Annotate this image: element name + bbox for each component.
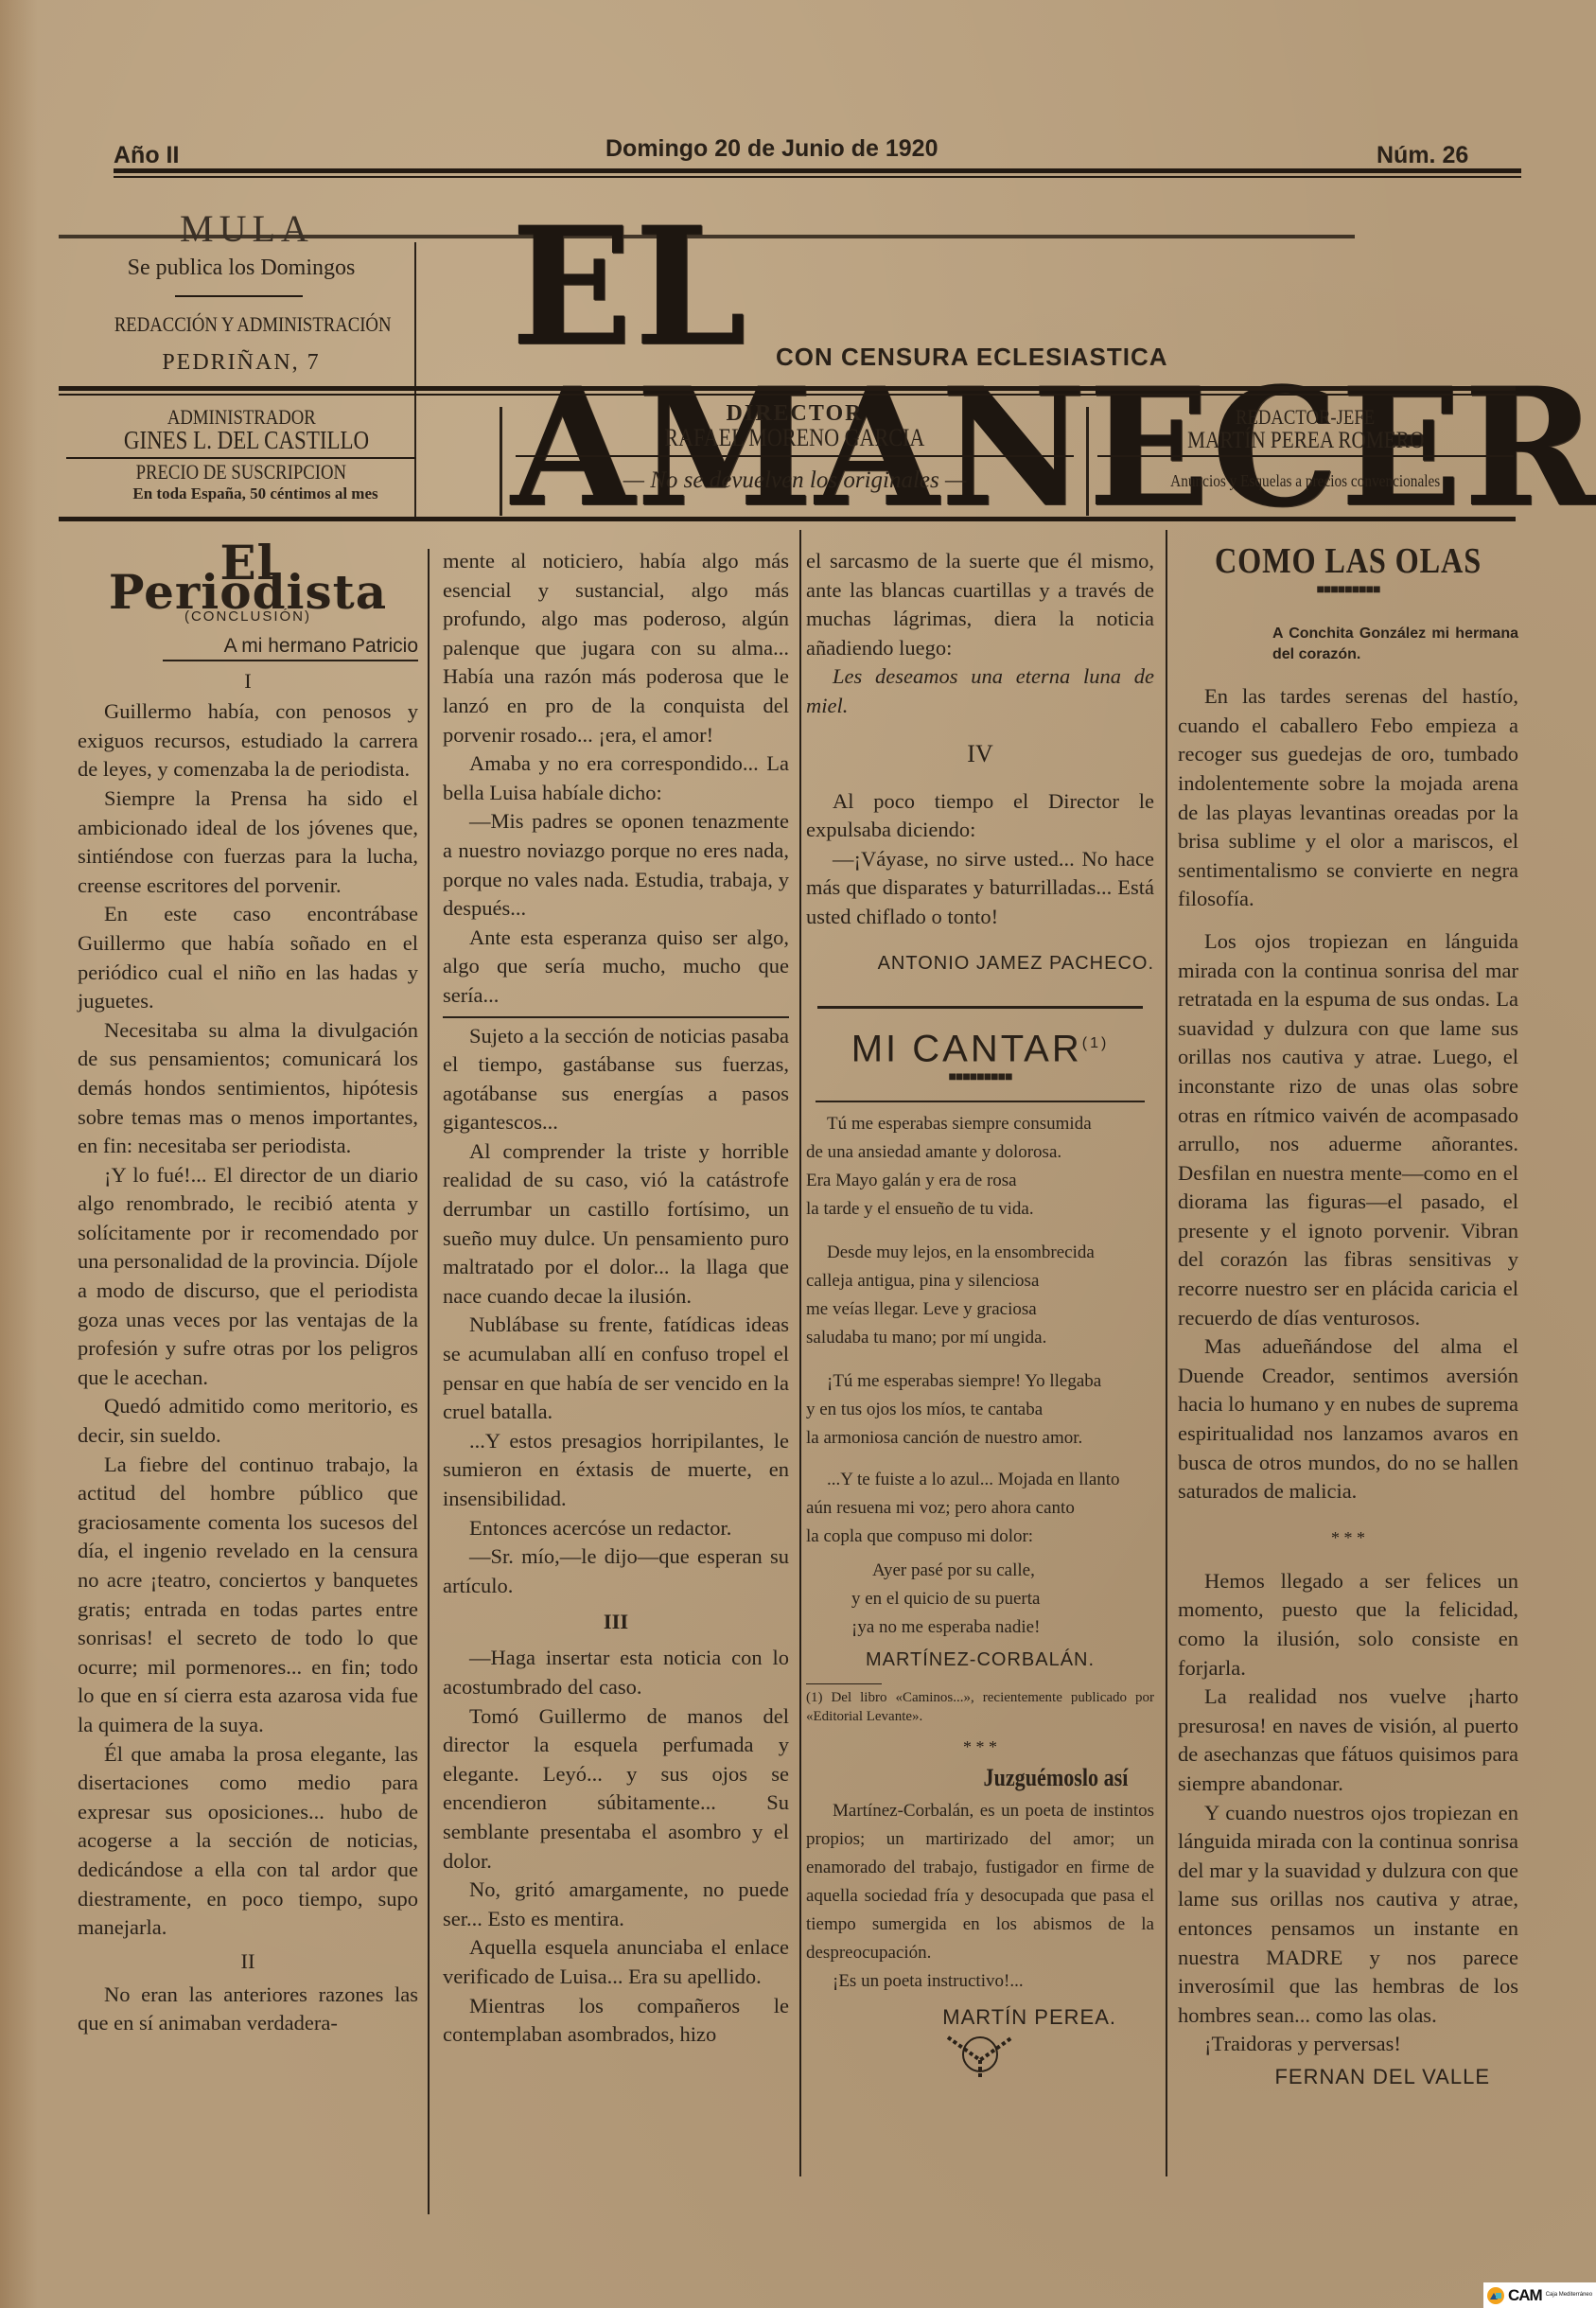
office-address: PEDRIÑAN, 7	[66, 350, 416, 376]
paragraph: Mientras los compañeros le contemplaban …	[443, 1992, 789, 2050]
info-rule-top-thin	[59, 394, 1516, 396]
admin-rule	[66, 457, 416, 459]
section-marker-2: II	[78, 1943, 418, 1981]
director-rule	[516, 455, 1074, 457]
review-signature: MARTÍN PEREA.	[806, 2003, 1154, 2033]
paragraph: Nublábase su frente, fatídicas ideas se …	[443, 1311, 789, 1426]
article-signature: FERNAN DEL VALLE	[1178, 2063, 1518, 2092]
column-divider-3	[1166, 530, 1167, 2176]
paragraph: Quedó admitido como meritorio, es decir,…	[78, 1392, 418, 1450]
paragraph: Al poco tiempo el Director le expulsaba …	[806, 787, 1154, 845]
paragraph: Necesitaba su alma la divulgación de sus…	[78, 1016, 418, 1161]
admin-name: GINES L. DEL CASTILLO	[66, 426, 426, 455]
paragraph: Aquella esquela anunciaba el enlace veri…	[443, 1933, 789, 1991]
column-divider-2	[799, 530, 801, 2176]
article-el-periodista-col1: El Periodista (CONCLUSIÓN) A mi hermano …	[78, 549, 418, 2038]
paragraph: Amaba y no era correspondido... La bella…	[443, 749, 789, 807]
logo-brand-small: Caja Mediterráneo	[1546, 2292, 1592, 2299]
short-rule	[175, 295, 303, 297]
issue-date: Domingo 20 de Junio de 1920	[605, 135, 938, 163]
poem-title: MI CANTAR(1)	[806, 1030, 1154, 1064]
section-marker-1: I	[78, 665, 418, 697]
paragraph: No eran las anteriores razones las que e…	[78, 1981, 418, 2038]
section-marker-3: III	[443, 1600, 789, 1644]
column-3: el sarcasmo de la suerte que él mismo, a…	[806, 547, 1154, 2088]
paragraph: Y cuando nuestros ojos tropiezan en láng…	[1178, 1799, 1518, 2031]
divider	[817, 1006, 1143, 1009]
cam-logo-icon	[1487, 2287, 1504, 2304]
section-marker-4: IV	[806, 721, 1154, 787]
paragraph: ...Y estos presagios horripilantes, le s…	[443, 1427, 789, 1514]
section-separator: * * *	[806, 1735, 1154, 1758]
director-label: DIRECTOR	[511, 401, 1079, 427]
paragraph: Sujeto a la sección de noticias pasaba e…	[443, 1022, 789, 1137]
footnote-rule	[806, 1683, 882, 1684]
paragraph: Mas adueñándose del alma el Duende Cread…	[1178, 1332, 1518, 1506]
paragraph: —Haga insertar esta noticia con lo acost…	[443, 1644, 789, 1701]
paragraph: Los ojos tropiezan en lánguida mirada co…	[1178, 927, 1518, 1332]
paragraph: No, gritó amargamente, no puede ser... E…	[443, 1876, 789, 1933]
poem-footnote: (1) Del libro «Caminos...», recientement…	[806, 1688, 1154, 1726]
paragraph: —Mis padres se oponen tenazmente a nuest…	[443, 807, 789, 923]
paragraph: En las tardes serenas del hastío, cuando…	[1178, 682, 1518, 914]
director-name: RAFAEL MORENO GARCIA	[511, 424, 1079, 452]
info-rule-top	[59, 386, 1516, 391]
paragraph: mente al noticiero, había algo más esenc…	[443, 547, 789, 749]
paragraph: Tomó Guillermo de manos del director la …	[443, 1702, 789, 1876]
paragraph: el sarcasmo de la suerte que él mismo, a…	[806, 547, 1154, 662]
paragraph: Siempre la Prensa ha sido el ambicionado…	[78, 784, 418, 900]
originals-note: — No se devuelven los originales —	[511, 467, 1079, 494]
article-dedication: A mi hermano Patricio	[163, 633, 418, 661]
top-rule-thin	[114, 176, 1521, 178]
year-label: Año II	[114, 142, 179, 169]
chief-rule	[1097, 455, 1514, 457]
divider	[443, 1016, 789, 1018]
paragraph: Ante esta esperanza quiso ser algo, algo…	[443, 924, 789, 1011]
article-signature: ANTONIO JAMEZ PACHECO.	[806, 949, 1154, 978]
divider	[816, 1101, 1145, 1102]
closing-italic-line: Les deseamos una eterna luna de miel.	[806, 662, 1154, 720]
ads-note: Anuncios y Esquelas a precios convencion…	[1088, 471, 1523, 491]
article-dedication: A Conchita González mi hermana del coraz…	[1272, 624, 1518, 665]
info-rule-bottom	[59, 517, 1516, 521]
column-divider-1	[428, 549, 430, 2214]
ornament-emblem-icon	[806, 2032, 1154, 2088]
paragraph: Hemos llegado a ser felices un momento, …	[1178, 1567, 1518, 1683]
poem-body: Tú me esperabas siempre consumida de una…	[806, 1110, 1154, 1642]
issue-number: Núm. 26	[1377, 142, 1468, 169]
paragraph: La fiebre del continuo trabajo, la actit…	[78, 1451, 418, 1740]
section-separator: * * *	[1178, 1524, 1518, 1552]
paragraph: —Sr. mío,—le dijo—que esperan su artícul…	[443, 1542, 789, 1600]
paragraph: ¡Traidoras y perversas!	[1178, 2030, 1518, 2059]
review-body: Martínez-Corbalán, es un poeta de instin…	[806, 1797, 1154, 1996]
editor-box-right	[1086, 407, 1089, 516]
paragraph: ¡Y lo fué!... El director de un diario a…	[78, 1161, 418, 1393]
article-title: El Periodista	[78, 549, 418, 607]
article-title: COMO LAS OLAS	[1203, 547, 1493, 576]
editor-box-left	[500, 407, 502, 516]
chief-editor-label: REDACTOR-JEFE	[1097, 405, 1514, 430]
paragraph: Guillermo había, con penosos y exiguos r…	[78, 697, 418, 784]
review-title: Juzguémoslo así	[833, 1764, 1129, 1793]
paragraph: En este caso encontrábase Guillermo que …	[78, 900, 418, 1015]
article-el-periodista-col2: mente al noticiero, había algo más esenc…	[443, 547, 789, 2050]
censorship-note: CON CENSURA ECLESIASTICA	[776, 343, 1168, 372]
paragraph: La realidad nos vuelve ¡harto presurosa!…	[1178, 1683, 1518, 1798]
paragraph: —¡Váyase, no sirve usted... No hace más …	[806, 845, 1154, 932]
paragraph: Al comprender la triste y horrible reali…	[443, 1137, 789, 1312]
article-como-las-olas: COMO LAS OLAS ■■■■■■■■■ A Conchita Gonzá…	[1178, 547, 1518, 2092]
price-value: En toda España, 50 céntimos al mes	[66, 485, 445, 503]
poem-author: MARTÍNEZ-CORBALÁN.	[806, 1646, 1154, 1675]
publication-frequency: Se publica los Domingos	[66, 255, 416, 281]
office-label: REDACCIÓN Y ADMINISTRACIÓN	[66, 312, 440, 337]
logo-brand: CAM	[1508, 2286, 1542, 2305]
archive-logo: CAM Caja Mediterráneo	[1483, 2282, 1596, 2308]
paragraph: Él que amaba la prosa elegante, las dise…	[78, 1740, 418, 1943]
city-name: MULA	[180, 206, 314, 251]
chief-editor-name: MARTÍN PEREA ROMERO	[1097, 428, 1514, 454]
price-label: PRECIO DE SUSCRIPCION	[66, 460, 416, 485]
paragraph: Entonces acercóse un redactor.	[443, 1514, 789, 1543]
top-rule	[114, 168, 1521, 173]
